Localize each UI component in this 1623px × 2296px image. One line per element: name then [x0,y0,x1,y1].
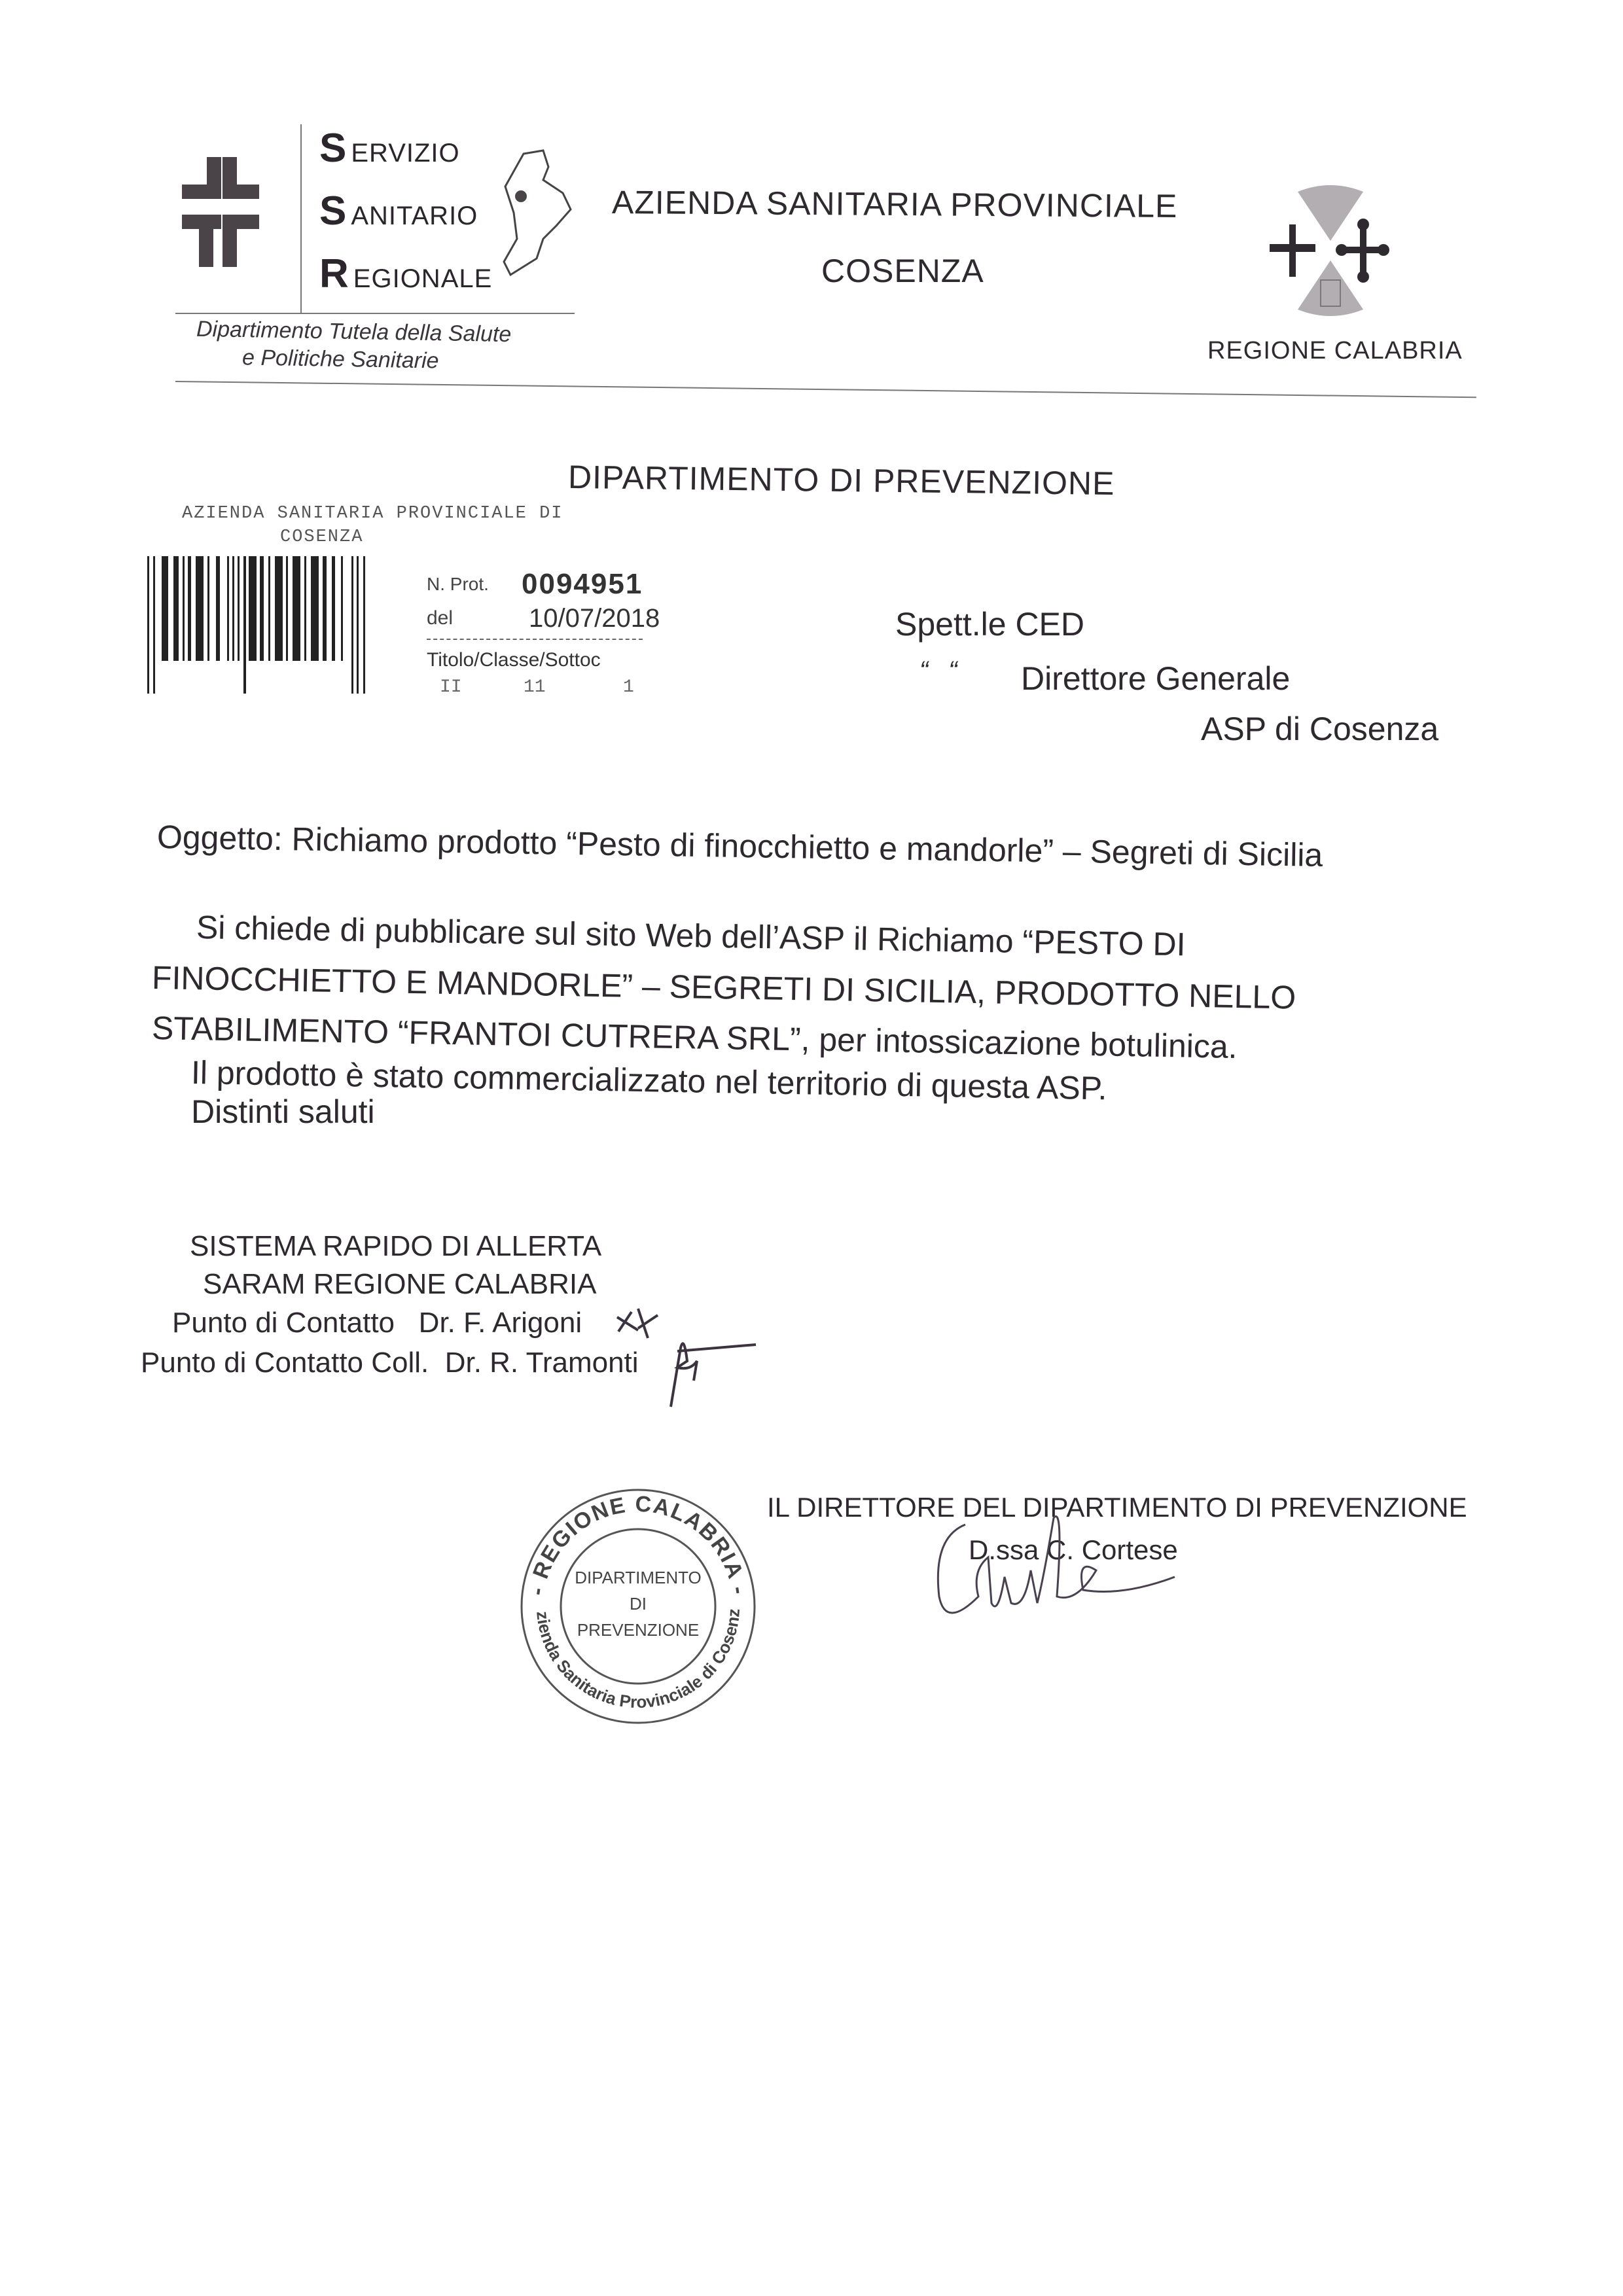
contacts-line4: Punto di Contatto Coll. Dr. R. Tramonti [141,1347,639,1379]
ssr-line-sanitario: SANITARIO [319,191,478,232]
protocol-date-label: del [427,607,453,629]
svg-text:DI: DI [630,1594,647,1614]
protocol-dashed-rule [427,639,643,640]
department-name-line1: Dipartimento Tutela della Salute [196,317,512,347]
protocol-sottoclasse: 1 [623,677,634,698]
protocol-date: 10/07/2018 [529,604,660,633]
subject-line: Oggetto: Richiamo prodotto “Pesto di fin… [157,818,1323,874]
body-line1: Si chiede di pubblicare sul sito Web del… [196,908,1186,963]
contacts-line2: SARAM REGIONE CALABRIA [203,1268,596,1301]
letterhead-rule-long [175,381,1476,398]
recipient-line2: Direttore Generale [1021,660,1290,698]
recipient-line1: Spett.le CED [895,605,1084,643]
official-round-stamp-icon: - REGIONE CALABRIA - Azienda Sanitaria P… [517,1485,759,1727]
recipient-ditto-marks: “ “ [919,656,957,686]
letterhead-rule-short [175,313,575,314]
protocol-org-line2: COSENZA [280,527,363,547]
ssr-line-regionale: REGIONALE [319,254,492,294]
tramonti-initials-signature-icon [658,1335,762,1413]
region-label: REGIONE CALABRIA [1207,337,1463,365]
logo-divider [300,124,302,314]
protocol-number-label: N. Prot. [427,574,489,595]
department-title: DIPARTIMENTO DI PREVENZIONE [568,458,1115,503]
protocol-classe: 11 [524,677,546,698]
protocol-org-line1: AZIENDA SANITARIA PROVINCIALE DI [182,504,563,523]
arigoni-initials-signature-icon [612,1305,664,1345]
protocol-number: 0094951 [522,568,643,601]
protocol-titolo: II [440,677,462,698]
agency-name: AZIENDA SANITARIA PROVINCIALE [612,183,1178,225]
contacts-line3: Punto di Contatto Dr. F. Arigoni [172,1307,582,1339]
department-name-line2: e Politiche Sanitarie [242,345,439,374]
svg-text:DIPARTIMENTO: DIPARTIMENTO [575,1568,702,1587]
agency-city: COSENZA [821,252,984,290]
calabria-map-icon [497,147,589,278]
barcode-icon [147,556,422,694]
body-line2: FINOCCHIETTO E MANDORLE” – SEGRETI DI SI… [151,959,1296,1017]
ssr-line-servizio: SERVIZIO [319,128,460,169]
director-handwritten-signature-icon [926,1498,1201,1629]
recipient-line3: ASP di Cosenza [1201,710,1438,748]
regione-calabria-emblem-icon [1268,182,1393,319]
contacts-line1: SISTEMA RAPIDO DI ALLERTA [190,1230,601,1263]
closing-line: Distinti saluti [191,1093,375,1131]
protocol-class-label: Titolo/Classe/Sottoc [427,649,601,671]
svg-text:PREVENZIONE: PREVENZIONE [577,1620,699,1640]
ssr-cross-logo-icon [182,157,259,268]
